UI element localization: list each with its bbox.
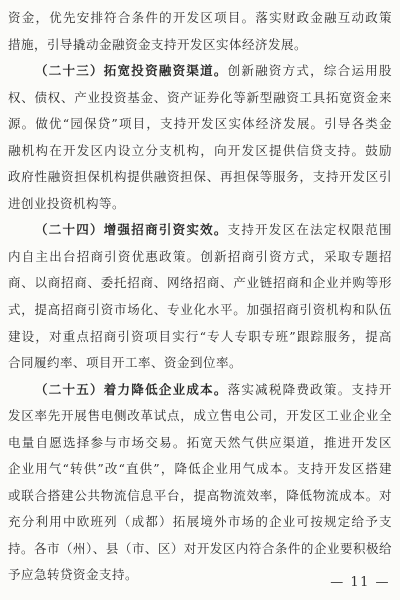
line-text: 权、债权、产业投资基金、资产证券化等新型融资工具拓宽资金来 [8,90,392,105]
line-text: 持。各市（州）、县（市、区）对开发区内符合条件的企业要积极给 [8,541,392,556]
line-text: 电量自愿选择参与市场交易。拓宽天然气供应渠道，推进开发区 [8,435,392,450]
text-line: 政府性融资担保机构提供融资担保、再担保等服务，支持开发区引 [8,164,392,191]
paragraph-heading: （二十三）拓宽投资融资渠道。 [35,63,228,78]
text-line: 进创业投资机构等。 [8,191,392,218]
text-line: 资金，优先安排符合条件的开发区项目。落实财政金融互动政策 [8,5,392,32]
text-line: 措施，引导撬动金融资金支持开发区实体经济发展。 [8,32,392,59]
line-text: 或联合搭建公共物流信息平台，提高物流效率，降低物流成本。对 [8,488,392,503]
line-text: 商、以商招商、委托招商、网络招商、产业链招商和企业并购等形 [8,275,392,290]
text-line: 持。各市（州）、县（市、区）对开发区内符合条件的企业要积极给 [8,536,392,563]
line-text: 内自主出台招商引资优惠政策。创新招商引资方式，采取专题招 [8,249,392,264]
text-line: 权、债权、产业投资基金、资产证券化等新型融资工具拓宽资金来 [8,85,392,112]
line-text: 式，提高招商引资市场化、专业化水平。加强招商引资机构和队伍 [8,302,392,317]
line-text: 发区率先开展售电侧改革试点，成立售电公司，开发区工业企业全 [8,408,392,423]
text-line: 发区率先开展售电侧改革试点，成立售电公司，开发区工业企业全 [8,403,392,430]
paragraph-heading: （二十五）着力降低企业成本。 [35,382,228,397]
line-text: 建设，对重点招商引资项目实行“专人专职专班”跟踪服务，提高 [8,329,392,344]
text-line: 商、以商招商、委托招商、网络招商、产业链招商和企业并购等形 [8,270,392,297]
line-text: 落实减税降费政策。支持开 [228,382,392,397]
text-line: 合同履约率、项目开工率、资金到位率。 [8,350,392,377]
line-text: 进创业投资机构等。 [8,196,125,211]
text-line: 或联合搭建公共物流信息平台，提高物流效率，降低物流成本。对 [8,483,392,510]
line-text: 资金，优先安排符合条件的开发区项目。落实财政金融互动政策 [8,10,392,25]
document-page: 资金，优先安排符合条件的开发区项目。落实财政金融互动政策措施，引导撬动金融资金支… [0,0,400,600]
line-text: 政府性融资担保机构提供融资担保、再担保等服务，支持开发区引 [8,169,392,184]
line-text: 充分利用中欧班列（成都）拓展境外市场的企业可按规定给予支 [8,514,392,529]
line-text: 源。做优“园保贷”项目，支持开发区实体经济发展。引导各类金 [8,116,392,131]
line-text: 创新融资方式，综合运用股 [228,63,392,78]
text-line: （二十三）拓宽投资融资渠道。创新融资方式，综合运用股 [8,58,392,85]
line-text: 合同履约率、项目开工率、资金到位率。 [8,355,242,370]
text-line: 融机构在开发区内设立分支机构，向开发区提供信贷支持。鼓励 [8,138,392,165]
text-line: 充分利用中欧班列（成都）拓展境外市场的企业可按规定给予支 [8,509,392,536]
text-line: 电量自愿选择参与市场交易。拓宽天然气供应渠道，推进开发区 [8,430,392,457]
text-line: 建设，对重点招商引资项目实行“专人专职专班”跟踪服务，提高 [8,324,392,351]
page-number: — 11 — [330,575,390,590]
line-text: 措施，引导撬动金融资金支持开发区实体经济发展。 [8,37,307,52]
text-line: 企业用气“转供”改“直供”，降低企业用气成本。支持开发区搭建 [8,456,392,483]
line-text: 融机构在开发区内设立分支机构，向开发区提供信贷支持。鼓励 [8,143,392,158]
text-line: 式，提高招商引资市场化、专业化水平。加强招商引资机构和队伍 [8,297,392,324]
text-line: 源。做优“园保贷”项目，支持开发区实体经济发展。引导各类金 [8,111,392,138]
text-line: （二十五）着力降低企业成本。落实减税降费政策。支持开 [8,377,392,404]
text-line: （二十四）增强招商引资实效。支持开发区在法定权限范围 [8,217,392,244]
line-text: 予应急转贷资金支持。 [8,567,138,582]
text-line: 内自主出台招商引资优惠政策。创新招商引资方式，采取专题招 [8,244,392,271]
line-text: 支持开发区在法定权限范围 [228,222,392,237]
text-block: 资金，优先安排符合条件的开发区项目。落实财政金融互动政策措施，引导撬动金融资金支… [8,5,392,589]
paragraph-heading: （二十四）增强招商引资实效。 [35,222,228,237]
line-text: 企业用气“转供”改“直供”，降低企业用气成本。支持开发区搭建 [8,461,392,476]
